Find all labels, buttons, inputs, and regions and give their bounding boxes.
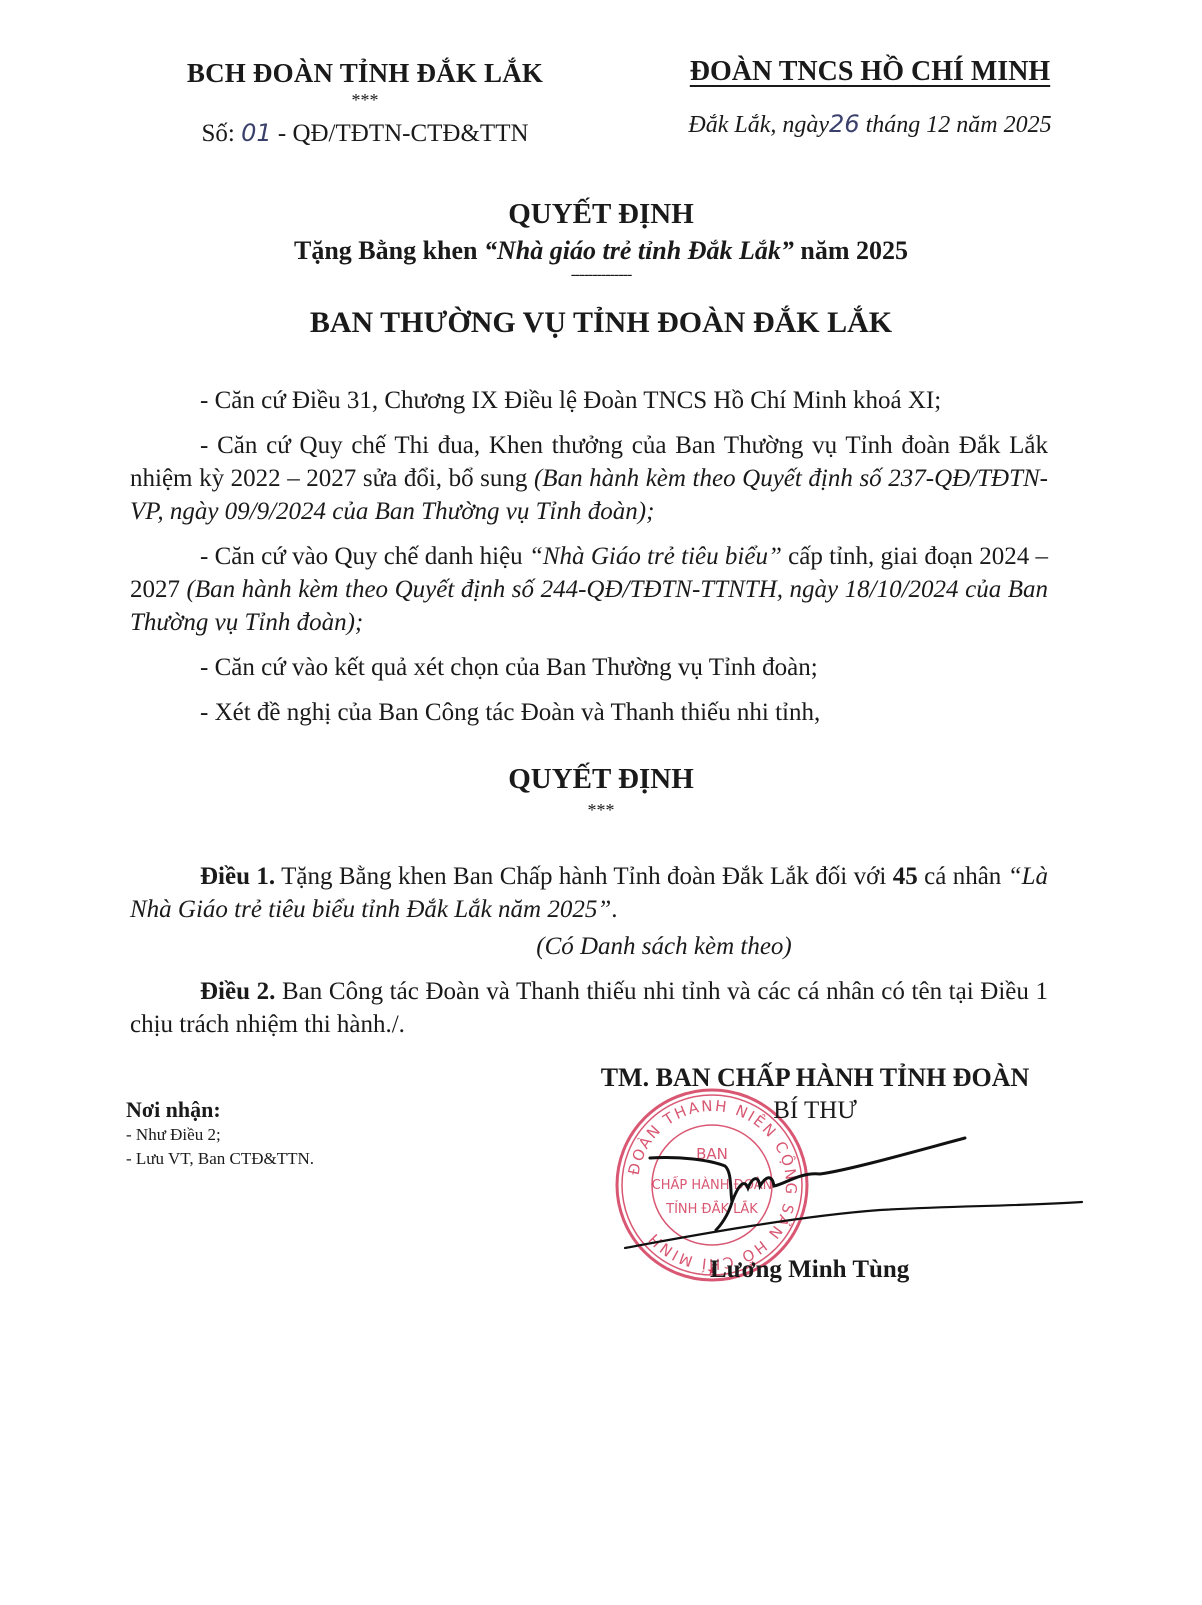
handwritten-day: 26: [829, 110, 860, 138]
article-1: Điều 1. Tặng Bằng khen Ban Chấp hành Tỉn…: [130, 860, 1048, 926]
issuer-title: BAN THƯỜNG VỤ TỈNH ĐOÀN ĐẮK LẮK: [0, 306, 1202, 340]
title-separator: --------------: [0, 266, 1202, 284]
basis-item: - Xét đề nghị của Ban Công tác Đoàn và T…: [130, 696, 1048, 729]
basis-item: - Căn cứ vào kết quả xét chọn của Ban Th…: [130, 651, 1048, 684]
basis-item: - Căn cứ Điều 31, Chương IX Điều lệ Đoàn…: [130, 384, 1048, 417]
issuing-organization: BCH ĐOÀN TỈNH ĐẮK LẮK: [150, 58, 580, 89]
document-subtitle: Tặng Bằng khen “Nhà giáo trẻ tỉnh Đắk Lắ…: [0, 236, 1202, 266]
signer-position: BÍ THƯ: [570, 1097, 1060, 1125]
motto-block: ĐOÀN TNCS HỒ CHÍ MINH Đắk Lắk, ngày26 th…: [660, 56, 1080, 139]
signature-block: TM. BAN CHẤP HÀNH TỈNH ĐOÀN BÍ THƯ Lương…: [570, 1063, 1060, 1125]
header-stars: ***: [150, 91, 580, 109]
recipient-item: - Như Điều 2;: [126, 1123, 314, 1147]
issuing-body-block: BCH ĐOÀN TỈNH ĐẮK LẮK *** Số: 01 - QĐ/TĐ…: [150, 58, 580, 148]
basis-item: - Căn cứ Quy chế Thi đua, Khen thưởng củ…: [130, 429, 1048, 528]
organization-motto: ĐOÀN TNCS HỒ CHÍ MINH: [660, 56, 1080, 88]
signer-name: Lương Minh Tùng: [570, 1256, 1060, 1284]
recipients-title: Nơi nhận:: [126, 1097, 314, 1123]
number-suffix: - QĐ/TĐTN-CTĐ&TTN: [278, 120, 529, 147]
handwritten-number: 01: [241, 119, 272, 147]
legal-basis: - Căn cứ Điều 31, Chương IX Điều lệ Đoàn…: [130, 384, 1048, 741]
date-suffix: tháng 12 năm 2025: [866, 112, 1052, 138]
basis-item: - Căn cứ vào Quy chế danh hiệu “Nhà Giáo…: [130, 540, 1048, 639]
document-date: Đắk Lắk, ngày26 tháng 12 năm 2025: [660, 110, 1080, 139]
recipients-block: Nơi nhận: - Như Điều 2; - Lưu VT, Ban CT…: [126, 1097, 314, 1171]
decision-articles: Điều 1. Tặng Bằng khen Ban Chấp hành Tỉn…: [130, 860, 1048, 1053]
handwritten-signature-icon: [620, 1130, 1090, 1260]
number-prefix: Số:: [201, 120, 234, 147]
signer-on-behalf: TM. BAN CHẤP HÀNH TỈNH ĐOÀN: [570, 1063, 1060, 1093]
document-type-title: QUYẾT ĐỊNH: [0, 198, 1202, 231]
decision-heading: QUYẾT ĐỊNH: [0, 763, 1202, 796]
recipient-item: - Lưu VT, Ban CTĐ&TTN.: [126, 1147, 314, 1171]
article-1-note: (Có Danh sách kèm theo): [130, 930, 1048, 963]
date-prefix: Đắk Lắk, ngày: [688, 112, 829, 138]
decision-stars: ***: [0, 800, 1202, 821]
article-2: Điều 2. Ban Công tác Đoàn và Thanh thiếu…: [130, 975, 1048, 1041]
document-number: Số: 01 - QĐ/TĐTN-CTĐ&TTN: [150, 119, 580, 148]
